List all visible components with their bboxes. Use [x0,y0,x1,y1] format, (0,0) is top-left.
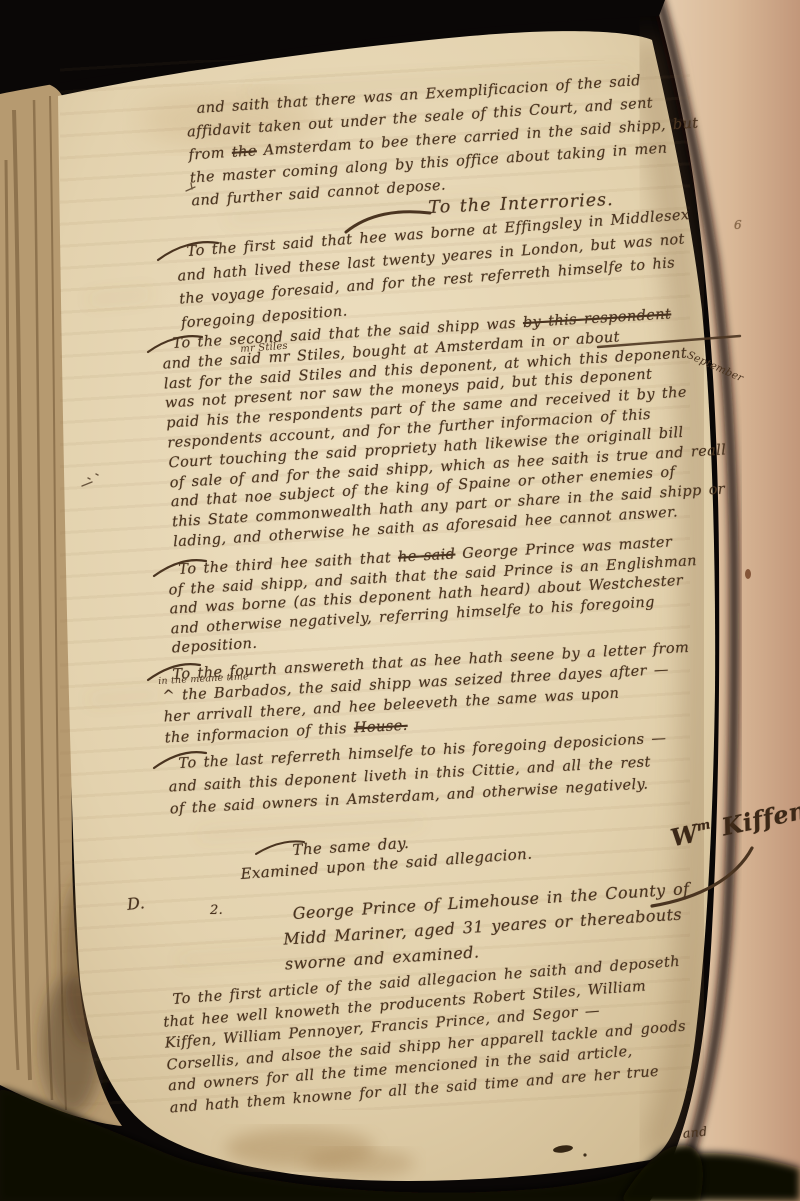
margin-number: 2. [210,903,223,918]
manuscript-photo: and saith that there was an Exemplificac… [0,0,800,1201]
struck-word: the [231,143,257,161]
struck-word: House. [354,718,409,737]
folio-mark: 6 [734,218,742,232]
struck-phrase: he said [398,547,456,566]
margin-letter: D. [126,893,146,914]
catchword: and [682,1123,708,1141]
answer-second: To the second said that the said shipp w… [172,303,730,553]
